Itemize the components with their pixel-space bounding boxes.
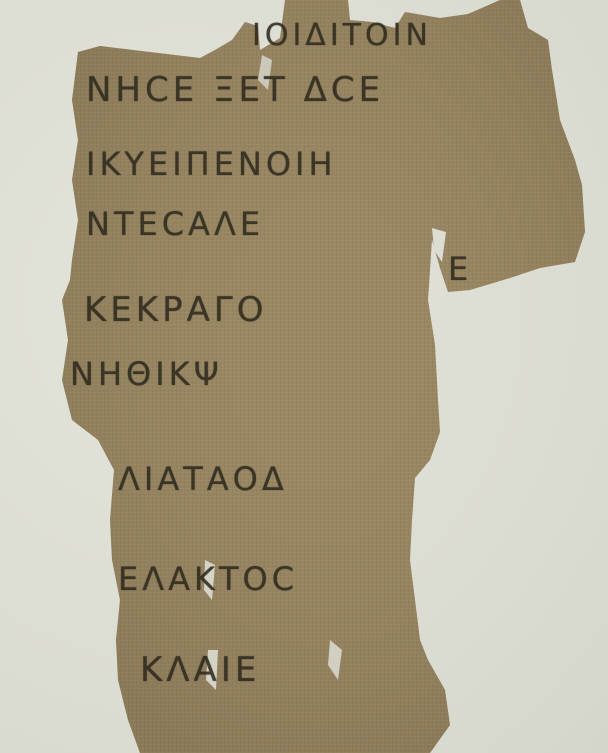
script-line-4b: Ε [448,250,472,288]
photo-scene: ΙΟΙΔΙΤΟΙΝ ΝΗCΕ ΞΕΤ ΔCΕ ΙΚΥΕΙΠΕΝΟΙΗ ΝΤΕCΑ… [0,0,608,753]
script-line-8: ΕΛΑΚΤΟC [118,560,298,598]
script-line-4: ΝΤΕCΑΛΕ [86,205,264,243]
script-line-6: ΝΗΘΙΚΨ [70,355,223,393]
script-line-2: ΝΗCΕ ΞΕΤ ΔCΕ [86,70,384,110]
script-line-9: ΚΛΑΙΕ [140,650,260,690]
script-line-5: ΚΕΚΡΑΓΟ [84,290,268,330]
script-line-7: ΛΙΑΤΑΟΔ [118,460,288,498]
script-line-1: ΙΟΙΔΙΤΟΙΝ [252,18,432,53]
script-line-3: ΙΚΥΕΙΠΕΝΟΙΗ [86,145,337,183]
